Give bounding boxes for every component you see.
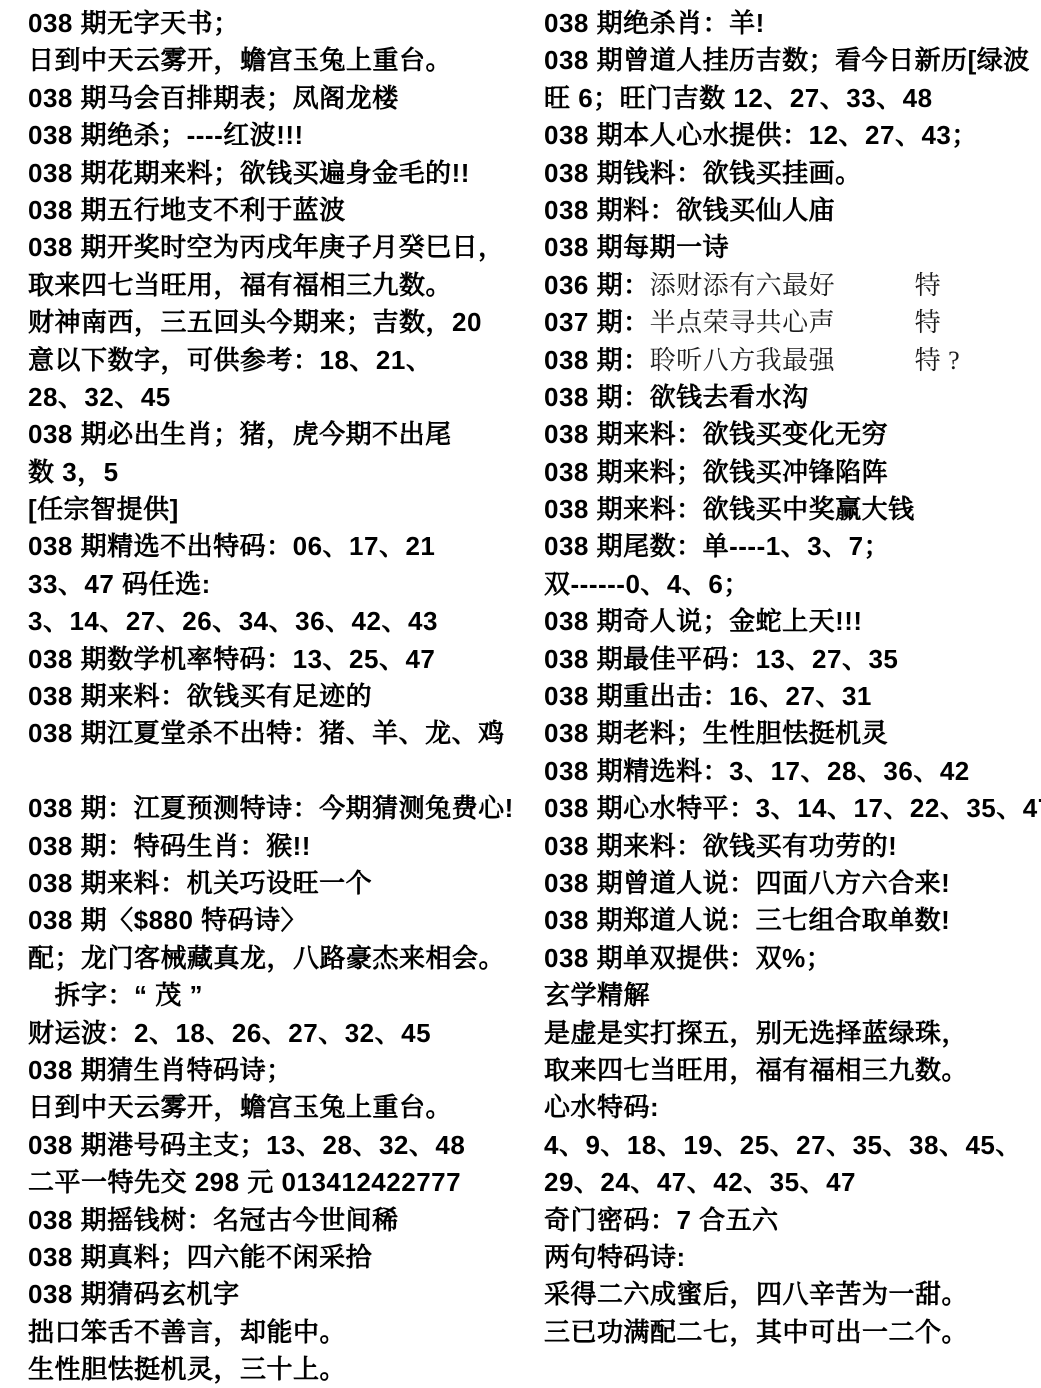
text-line: 037 期：半点荣寻共心声 特 (544, 304, 1038, 341)
text-line: 038 期精选不出特码：06、17、21 (28, 528, 536, 565)
text-segment: 取来四七当旺用，福有福相三九数。 (544, 1055, 968, 1085)
text-line: 038 期尾数：单----1、3、7； (544, 528, 1038, 565)
text-line: 数 3，5 (28, 454, 536, 491)
text-line: 038 期料：欲钱买仙人庙 (544, 192, 1038, 229)
text-line: 038 期：聆听八方我最强 特 ? (544, 342, 1038, 379)
text-segment: 33、47 码任选: (28, 569, 211, 599)
text-line: 038 期曾道人说：四面八方六合来! (544, 865, 1038, 902)
text-segment: 038 期最佳平码：13、27、35 (544, 644, 898, 674)
text-line: 038 期老料；生性胆怯挺机灵 (544, 715, 1038, 752)
text-segment: 财运波：2、18、26、27、32、45 (28, 1018, 431, 1048)
text-segment: 日到中天云雾开，蟾宫玉兔上重台。 (28, 45, 452, 75)
text-line: 038 期猜码玄机字 (28, 1276, 536, 1313)
text-line: 日到中天云雾开，蟾宫玉兔上重台。 (28, 42, 536, 79)
text-line: 038 期来料：欲钱买有足迹的 (28, 678, 536, 715)
text-line: 038 期每期一诗 (544, 229, 1038, 266)
text-line: 038 期单双提供：双%； (544, 940, 1038, 977)
text-line: 采得二六成蜜后，四八辛苦为一甜。 (544, 1276, 1038, 1313)
text-line: 三已功满配二七，其中可出一二个。 (544, 1314, 1038, 1351)
text-line: 财运波：2、18、26、27、32、45 (28, 1015, 536, 1052)
text-segment: 添财添有六最好 特 (650, 271, 942, 300)
text-segment: 奇门密码：7 合五六 (544, 1205, 779, 1235)
text-line: 038 期必出生肖；猪，虎今期不出尾 (28, 416, 536, 453)
text-segment: 采得二六成蜜后，四八辛苦为一甜。 (544, 1279, 968, 1309)
text-segment: 038 期来料：欲钱买有功劳的! (544, 831, 897, 861)
text-line: 038 期心水特平：3、14、17、22、35、47。 (544, 790, 1038, 827)
text-segment: 038 期马会百排期表；凤阁龙楼 (28, 83, 399, 113)
text-segment: 038 期无字天书； (28, 8, 240, 38)
text-segment: 038 期来料：机关巧设旺一个 (28, 868, 372, 898)
text-line: 28、32、45 (28, 379, 536, 416)
text-line: 是虚是实打探五，别无选择蓝绿珠， (544, 1015, 1038, 1052)
text-segment: 29、24、47、42、35、47 (544, 1167, 856, 1197)
text-segment: 二平一特先交 298 元 013412422777 (28, 1167, 461, 1197)
text-segment: 28、32、45 (28, 382, 171, 412)
text-line: 038 期绝杀；----红波!!! (28, 117, 536, 154)
text-segment: 财神南西，三五回头今期来；吉数，20 (28, 307, 482, 337)
text-line: 038 期真料；四六能不闲采拾 (28, 1239, 536, 1276)
text-line: 038 期奇人说；金蛇上天!!! (544, 603, 1038, 640)
text-segment: 拙口笨舌不善言，却能中。 (28, 1317, 346, 1347)
text-segment: 038 期必出生肖；猪，虎今期不出尾 (28, 419, 452, 449)
text-line: 038 期摇钱树：名冠古今世间稀 (28, 1202, 536, 1239)
text-line: 日到中天云雾开，蟾宫玉兔上重台。 (28, 1089, 536, 1126)
text-line: 配；龙门客械藏真龙，八路豪杰来相会。 (28, 940, 536, 977)
text-segment: 038 期来料；欲钱买冲锋陷阵 (544, 457, 888, 487)
text-segment: 数 3，5 (28, 457, 119, 487)
left-column: 038 期无字天书；日到中天云雾开，蟾宫玉兔上重台。038 期马会百排期表；凤阁… (28, 5, 536, 1388)
text-segment: 038 期绝杀；----红波!!! (28, 120, 304, 150)
text-segment: 038 期数学机率特码：13、25、47 (28, 644, 435, 674)
text-line: 奇门密码：7 合五六 (544, 1202, 1038, 1239)
text-segment: 038 期来料：欲钱买有足迹的 (28, 681, 372, 711)
text-segment: 038 期来料：欲钱买中奖赢大钱 (544, 494, 915, 524)
text-line: 038 期花期来料；欲钱买遍身金毛的!! (28, 155, 536, 192)
text-line: 取来四七当旺用，福有福相三九数。 (28, 267, 536, 304)
text-line: 双------0、4、6； (544, 566, 1038, 603)
text-line: 038 期开奖时空为丙戌年庚子月癸巳日， (28, 229, 536, 266)
text-segment: 038 期料：欲钱买仙人庙 (544, 195, 835, 225)
text-line: 038 期钱料：欲钱买挂画。 (544, 155, 1038, 192)
text-line: 038 期精选料：3、17、28、36、42 (544, 753, 1038, 790)
text-segment: 038 期：特码生肖：猴!! (28, 831, 311, 861)
text-segment: 4、9、18、19、25、27、35、38、45、 (544, 1130, 1022, 1160)
text-segment: 038 期曾道人挂历吉数；看今日新历[绿波 (544, 45, 1030, 75)
text-segment: 036 期： (544, 270, 650, 300)
text-segment: 038 期老料；生性胆怯挺机灵 (544, 718, 888, 748)
text-line: 038 期来料：欲钱买变化无穷 (544, 416, 1038, 453)
text-line: 3、14、27、26、34、36、42、43 (28, 603, 536, 640)
text-segment: 038 期猜生肖特码诗； (28, 1055, 293, 1085)
text-line: 038 期来料：机关巧设旺一个 (28, 865, 536, 902)
text-segment: 038 期江夏堂杀不出特：猪、羊、龙、鸡 (28, 718, 505, 748)
text-line: 038 期来料：欲钱买有功劳的! (544, 828, 1038, 865)
text-line: 038 期郑道人说：三七组合取单数! (544, 902, 1038, 939)
text-line: 038 期猜生肖特码诗； (28, 1052, 536, 1089)
text-segment: 038 期曾道人说：四面八方六合来! (544, 868, 950, 898)
text-segment: 038 期每期一诗 (544, 232, 729, 262)
text-line: [任宗智提供] (28, 491, 536, 528)
text-segment: 038 期港号码主支；13、28、32、48 (28, 1130, 465, 1160)
text-segment: 心水特码: (544, 1092, 659, 1122)
text-segment: 038 期单双提供：双%； (544, 943, 832, 973)
text-segment: 是虚是实打探五，别无选择蓝绿珠， (544, 1018, 968, 1048)
text-segment: 038 期来料：欲钱买变化无穷 (544, 419, 888, 449)
text-line: 038 期重出击：16、27、31 (544, 678, 1038, 715)
text-segment: 038 期摇钱树：名冠古今世间稀 (28, 1205, 399, 1235)
text-segment: 038 期真料；四六能不闲采拾 (28, 1242, 372, 1272)
text-segment: [任宗智提供] (28, 494, 179, 524)
text-segment: 038 期开奖时空为丙戌年庚子月癸巳日， (28, 232, 505, 262)
text-segment: 038 期五行地支不利于蓝波 (28, 195, 346, 225)
text-line: 038 期曾道人挂历吉数；看今日新历[绿波 (544, 42, 1038, 79)
text-line: 038 期最佳平码：13、27、35 (544, 641, 1038, 678)
text-line: 038 期来料：欲钱买中奖赢大钱 (544, 491, 1038, 528)
right-column: 038 期绝杀肖：羊!038 期曾道人挂历吉数；看今日新历[绿波旺 6；旺门吉数… (544, 5, 1038, 1351)
text-line: 038 期：特码生肖：猴!! (28, 828, 536, 865)
text-segment: 038 期重出击：16、27、31 (544, 681, 872, 711)
text-line: 038 期绝杀肖：羊! (544, 5, 1038, 42)
text-segment: 037 期： (544, 307, 650, 337)
text-line: 038 期江夏堂杀不出特：猪、羊、龙、鸡 (28, 715, 536, 752)
text-segment: 生性胆怯挺机灵，三十上。 (28, 1354, 346, 1384)
text-segment: 038 期花期来料；欲钱买遍身金毛的!! (28, 158, 470, 188)
text-segment: 038 期〈$880 特码诗〉 (28, 905, 307, 935)
text-line: 取来四七当旺用，福有福相三九数。 (544, 1052, 1038, 1089)
text-line: 038 期〈$880 特码诗〉 (28, 902, 536, 939)
lottery-tips-sheet: 038 期无字天书；日到中天云雾开，蟾宫玉兔上重台。038 期马会百排期表；凤阁… (0, 0, 1041, 1388)
text-line: 生性胆怯挺机灵，三十上。 (28, 1351, 536, 1388)
text-line: 036 期：添财添有六最好 特 (544, 267, 1038, 304)
text-line: 29、24、47、42、35、47 (544, 1164, 1038, 1201)
text-line: 038 期：江夏预测特诗：今期猜测兔费心! (28, 790, 536, 827)
text-line: 038 期本人心水提供：12、27、43； (544, 117, 1038, 154)
text-line: 038 期无字天书； (28, 5, 536, 42)
text-line: 038 期港号码主支；13、28、32、48 (28, 1127, 536, 1164)
text-line: 038 期：欲钱去看水沟 (544, 379, 1038, 416)
text-segment: 038 期绝杀肖：羊! (544, 8, 765, 38)
text-segment: 038 期：欲钱去看水沟 (544, 382, 809, 412)
text-segment: 取来四七当旺用，福有福相三九数。 (28, 270, 452, 300)
text-segment: 038 期心水特平：3、14、17、22、35、47。 (544, 793, 1041, 823)
text-segment: 3、14、27、26、34、36、42、43 (28, 606, 438, 636)
text-segment: 038 期猜码玄机字 (28, 1279, 240, 1309)
text-segment: 038 期精选料：3、17、28、36、42 (544, 756, 970, 786)
text-segment: 038 期郑道人说：三七组合取单数! (544, 905, 950, 935)
text-segment: 玄学精解 (544, 980, 650, 1010)
text-segment: 038 期精选不出特码：06、17、21 (28, 531, 435, 561)
text-line: 意以下数字，可供参考：18、21、 (28, 342, 536, 379)
text-line: 玄学精解 (544, 977, 1038, 1014)
text-segment: 配；龙门客械藏真龙，八路豪杰来相会。 (28, 943, 505, 973)
text-line: 拙口笨舌不善言，却能中。 (28, 1314, 536, 1351)
text-line: 33、47 码任选: (28, 566, 536, 603)
text-line: 二平一特先交 298 元 013412422777 (28, 1164, 536, 1201)
text-line: 038 期来料；欲钱买冲锋陷阵 (544, 454, 1038, 491)
text-line: 两句特码诗: (544, 1239, 1038, 1276)
text-segment: 038 期奇人说；金蛇上天!!! (544, 606, 863, 636)
text-segment: 日到中天云雾开，蟾宫玉兔上重台。 (28, 1092, 452, 1122)
text-segment: 意以下数字，可供参考：18、21、 (28, 345, 432, 375)
text-segment: 038 期：江夏预测特诗：今期猜测兔费心! (28, 793, 514, 823)
text-line: 旺 6；旺门吉数 12、27、33、48 (544, 80, 1038, 117)
text-segment: 双------0、4、6； (544, 569, 750, 599)
text-line: 心水特码: (544, 1089, 1038, 1126)
text-segment: 三已功满配二七，其中可出一二个。 (544, 1317, 968, 1347)
text-segment: 038 期尾数：单----1、3、7； (544, 531, 890, 561)
text-line: 038 期马会百排期表；凤阁龙楼 (28, 80, 536, 117)
text-line: 4、9、18、19、25、27、35、38、45、 (544, 1127, 1038, 1164)
text-line: 财神南西，三五回头今期来；吉数，20 (28, 304, 536, 341)
text-segment: 旺 6；旺门吉数 12、27、33、48 (544, 83, 933, 113)
text-segment: 半点荣寻共心声 特 (650, 308, 942, 337)
text-segment: 两句特码诗: (544, 1242, 686, 1272)
text-segment: 038 期钱料：欲钱买挂画。 (544, 158, 862, 188)
text-line: 038 期五行地支不利于蓝波 (28, 192, 536, 229)
text-segment: 拆字：“ 茂 ” (28, 980, 203, 1010)
text-line: 038 期数学机率特码：13、25、47 (28, 641, 536, 678)
text-segment: 聆听八方我最强 特 ? (650, 346, 961, 375)
text-segment: 038 期本人心水提供：12、27、43； (544, 120, 978, 150)
text-segment: 038 期： (544, 345, 650, 375)
text-line: 拆字：“ 茂 ” (28, 977, 536, 1014)
